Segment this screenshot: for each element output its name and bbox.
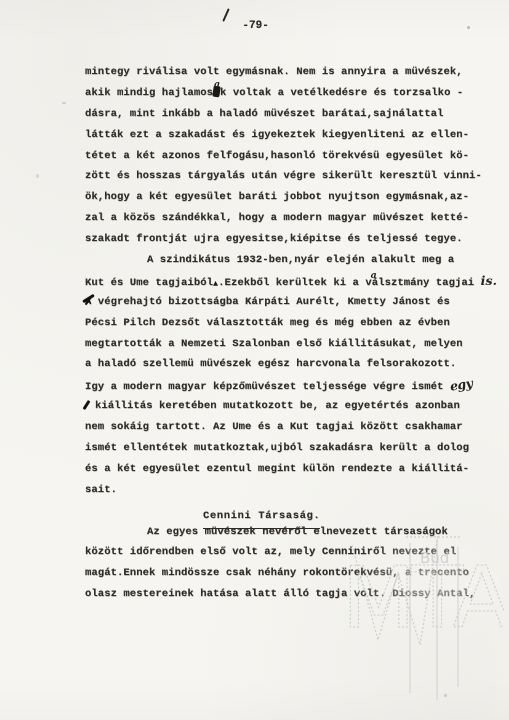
handwritten-word: is. [481,273,497,288]
typed-line: között időrendben első volt az, mely Cen… [85,542,467,563]
page-number: -79- [216,8,269,56]
handwritten-correction-letter: a [371,266,377,287]
typed-line: zött és hosszas tárgyalás után végre sik… [85,166,467,187]
typed-text: k voltak a vetélkedésre és torzsalko - [220,87,463,99]
overwritten-letter: A [85,292,91,313]
typed-text: .Ezekből kerültek ki a vál [218,277,384,289]
typed-line: mintegy riválisa volt egymásnak. Nem is … [85,62,467,83]
typed-line: látták ezt a szakadást és igyekeztek kie… [85,125,467,146]
typed-line: szakadt frontját ujra egyesitse,kiépitse… [85,229,467,250]
scan-speck [62,102,66,104]
scan-speck [467,26,470,29]
section-heading-row: Cennini Társaság. [85,501,467,522]
scan-speck [444,694,447,697]
typed-text: kiállitás keretében mutatkozott be, az e… [95,400,460,412]
typed-line: magát.Ennek mindössze csak néhány rokont… [85,563,467,584]
typed-line-with-correction: kiállitás keretében mutatkozott be, az e… [85,396,467,417]
typed-line: olasz mestereinek hatása alatt álló tagj… [85,584,467,605]
typed-line: és a két egyesület ezentul megint külön … [85,459,467,480]
typed-line: tétet a két azonos felfogásu,hasonló tör… [85,146,467,167]
page-number-text: -79- [242,20,268,32]
typed-line-with-correction: Kut és Ume tagjaiból▲.Ezekből kerültek k… [85,271,467,292]
typed-text: Kut és Ume tagjaiból [85,277,213,289]
typed-line: zal a közös szándékkal, hogy a modern ma… [85,208,467,229]
typed-line: ismét ellentétek mutatkoztak,ujból szaka… [85,438,467,459]
typed-line-indented: Az egyes müvészek nevéről elnevezett tár… [85,522,467,543]
handwritten-strike-mark [222,8,230,22]
typed-line: Pécsi Pilch Dezsőt választották meg és m… [85,313,467,334]
typed-line-indented: A szindikátus 1932-ben,nyár elején alaku… [85,250,467,271]
typed-line: a haladó szellemü müvészek egész harcvon… [85,354,467,375]
typed-line: ök,hogy a két egyesület baráti jobbot ny… [85,187,467,208]
typewritten-text-block: mintegy riválisa volt egymásnak. Nem is … [85,62,467,605]
handwritten-correction-letter: a [214,75,220,96]
scanned-page: -79- mintegy riválisa volt egymásnak. Ne… [0,0,509,720]
typed-text: sztmány tagjai [385,277,481,289]
ink-blot: a [213,86,220,97]
typed-line-with-correction: akik mindig hajlamosak voltak a vetélked… [85,83,467,104]
typed-line-with-correction: Igy a modern magyar képzőmüvészet teljes… [85,375,467,396]
typed-line: megtartották a Nemzeti Szalonban első ki… [85,334,467,355]
typed-text: akik mindig hajlamos [85,87,213,99]
typed-line-with-correction: A végrehajtó bizottságba Kárpáti Aurélt,… [85,292,467,313]
typed-text: végrehajtó bizottságba Kárpáti Aurélt, K… [91,296,449,308]
typed-line: nem sokáig tartott. Az Ume és a Kut tagj… [85,417,467,438]
typed-text: Igy a modern magyar képzőmüvészet teljes… [85,381,450,393]
handwritten-word: egy [448,374,473,398]
scan-speck [36,174,39,178]
typed-line: dásra, mint inkább a haladó müvészet bar… [85,104,467,125]
typed-line: sait. [85,480,467,501]
handwritten-tick-mark [83,400,91,410]
